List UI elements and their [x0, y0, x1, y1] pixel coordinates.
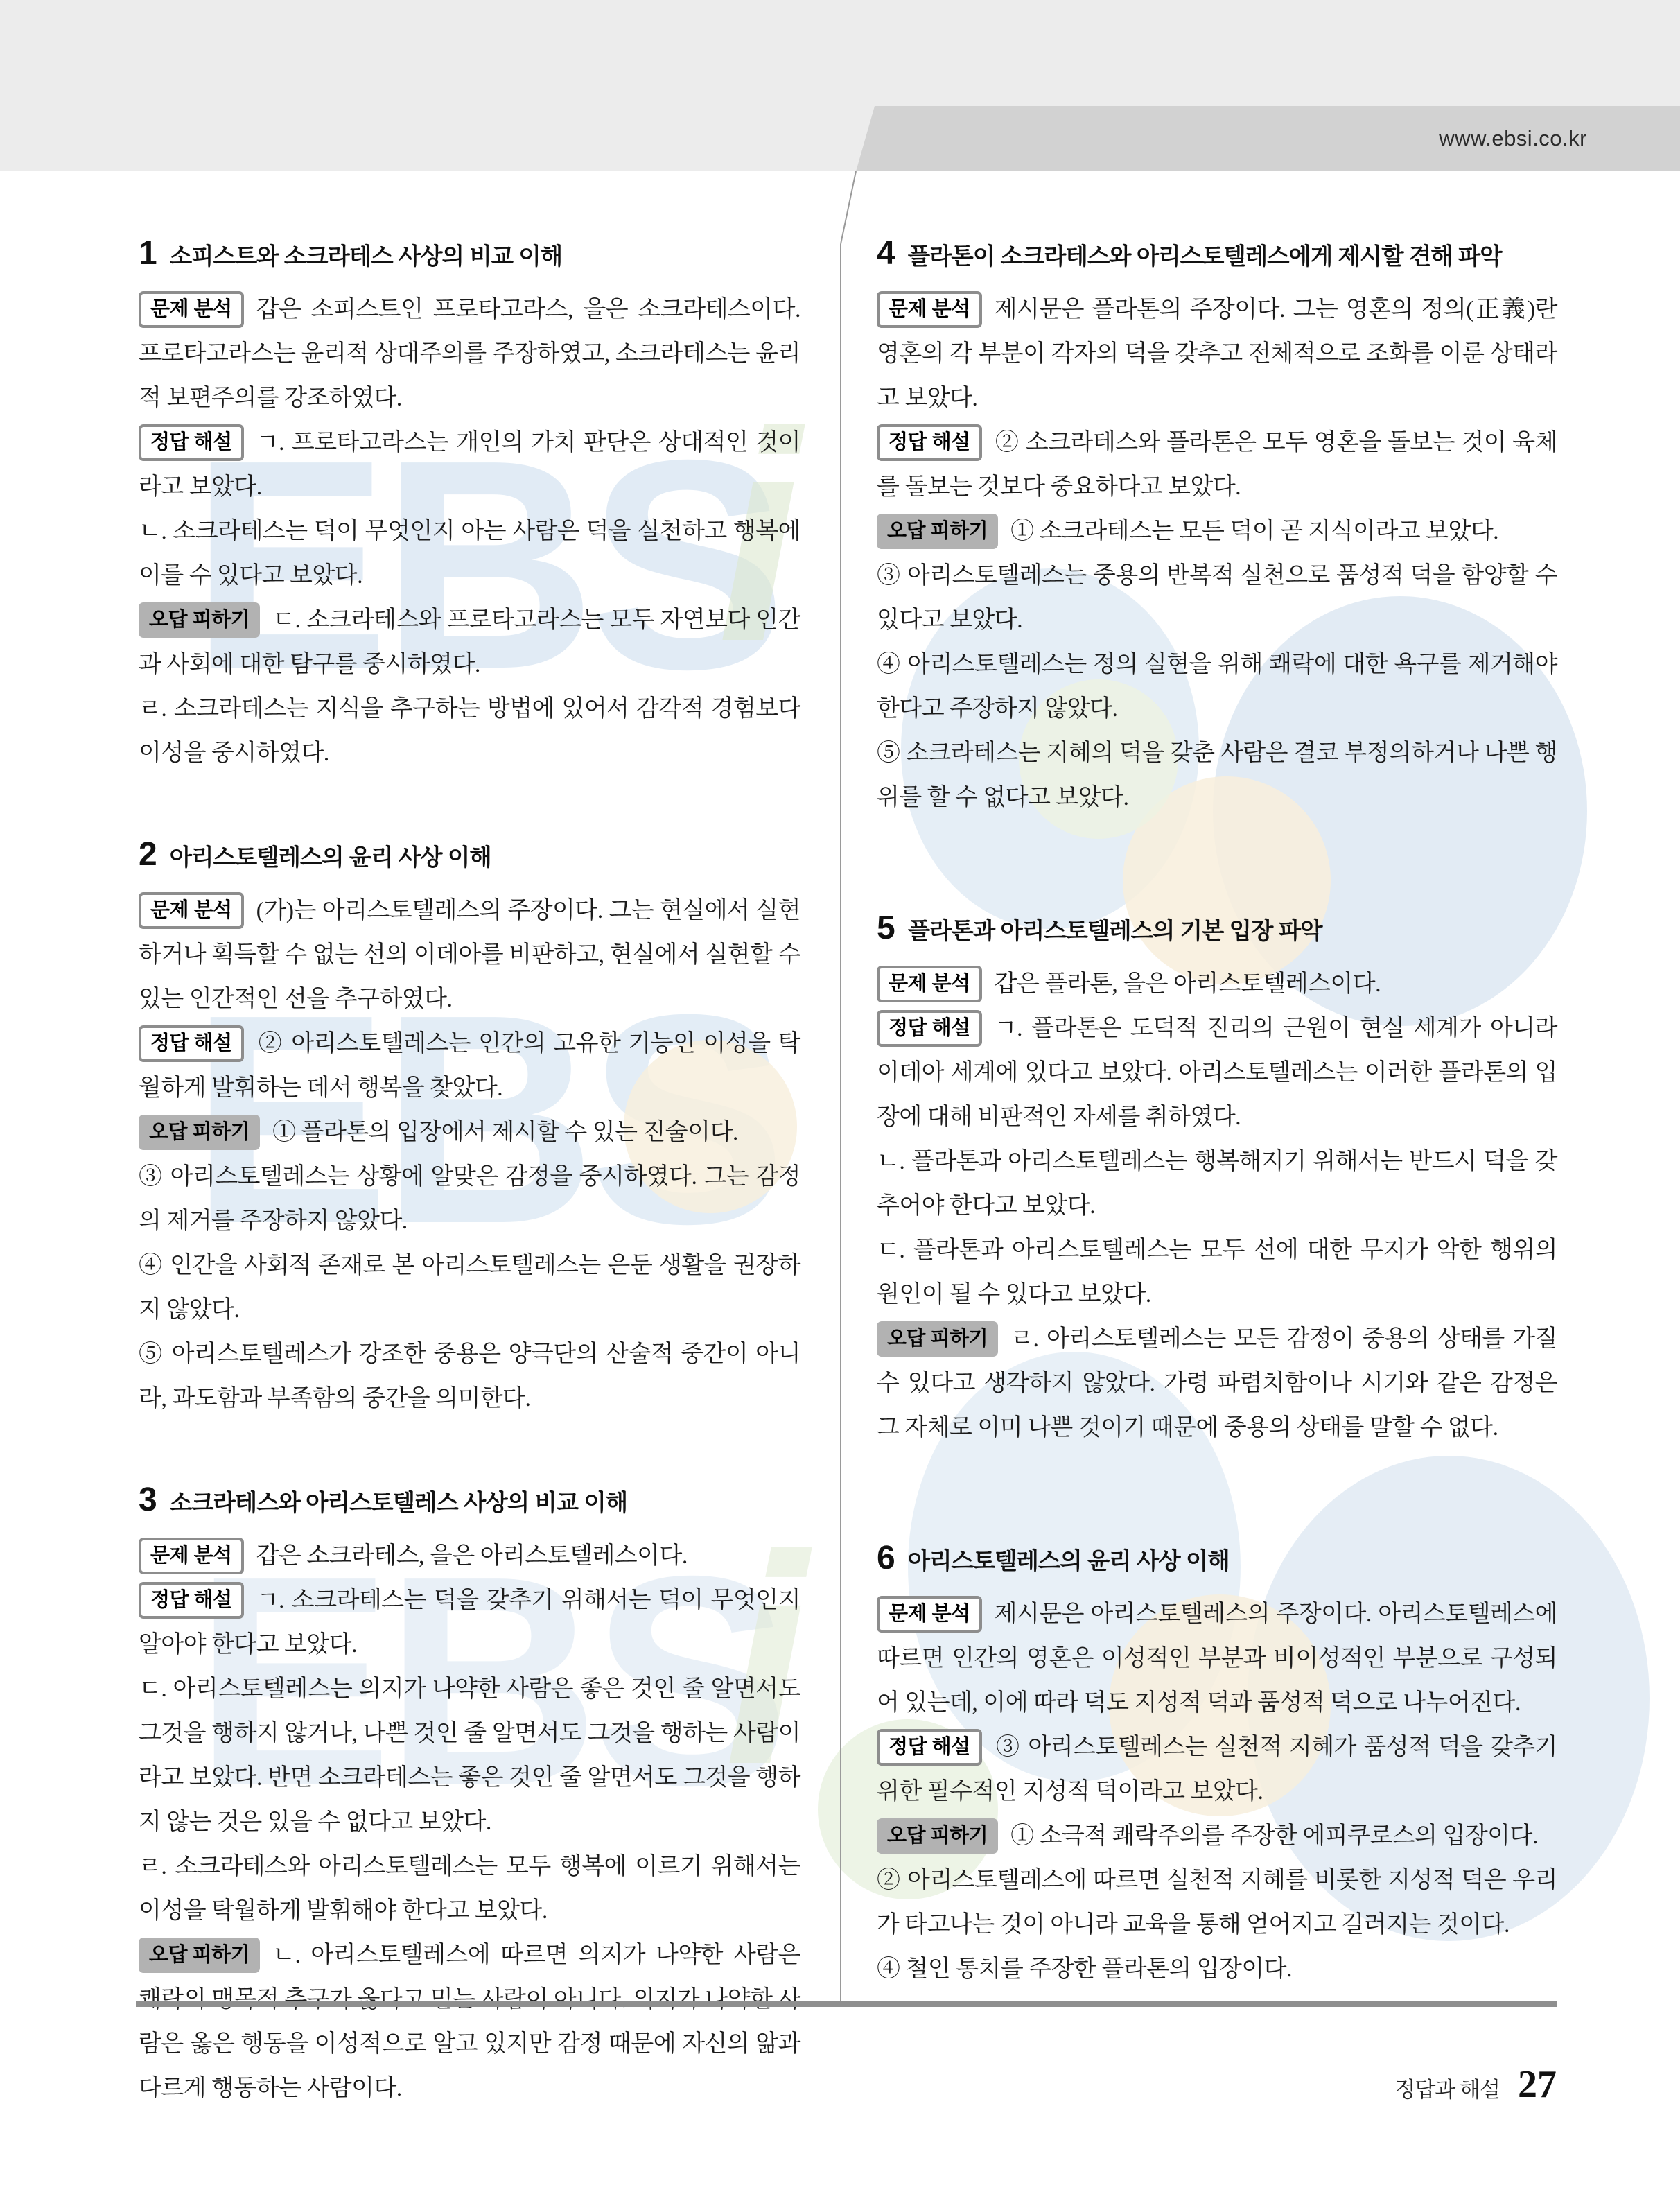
section-number: 2	[139, 835, 157, 873]
section-title: 5플라톤과 아리스토텔레스의 기본 입장 파악	[877, 909, 1557, 947]
explanation-paragraph: 오답 피하기① 소극적 쾌락주의를 주장한 에피쿠로스의 입장이다.	[877, 1814, 1557, 1859]
explanation-text: ③ 아리스토텔레스는 상황에 알맞은 감정을 중시하였다. 그는 감정의 제거를…	[139, 1164, 800, 1234]
explanation-paragraph: 문제 분석갑은 소피스트인 프로타고라스, 을은 소크라테스이다. 프로타고라스…	[139, 288, 800, 421]
wrong-answer-label: 오답 피하기	[877, 1321, 998, 1357]
problem-analysis-label: 문제 분석	[877, 1596, 982, 1633]
explanation-paragraph: ⑤ 아리스토텔레스가 강조한 중용은 양극단의 산술적 중간이 아니라, 과도함…	[139, 1332, 800, 1421]
explanation-paragraph: ㄹ. 소크라테스는 지식을 추구하는 방법에 있어서 감각적 경험보다 이성을 …	[139, 687, 800, 776]
answer-section-4: 4플라톤이 소크라테스와 아리스토텔레스에게 제시할 견해 파악문제 분석제시문…	[877, 234, 1557, 820]
explanation-text: 갑은 소크라테스, 을은 아리스토텔레스이다.	[256, 1543, 688, 1569]
footer-rule	[136, 2001, 1557, 2007]
section-heading-text: 소크라테스와 아리스토텔레스 사상의 비교 이해	[170, 1484, 627, 1517]
explanation-paragraph: ④ 철인 통치를 주장한 플라톤의 입장이다.	[877, 1947, 1557, 1992]
explanation-paragraph: ③ 아리스토텔레스는 중용의 반복적 실천으로 품성적 덕을 함양할 수 있다고…	[877, 554, 1557, 643]
answer-explanation-label: 정답 해설	[877, 424, 982, 461]
explanation-paragraph: 오답 피하기① 플라톤의 입장에서 제시할 수 있는 진술이다.	[139, 1111, 800, 1155]
answer-explanation-page: { "header": { "url": "www.ebsi.co.kr" },…	[0, 0, 1680, 2192]
problem-analysis-label: 문제 분석	[139, 291, 244, 328]
explanation-paragraph: 정답 해설② 소크라테스와 플라톤은 모두 영혼을 돌보는 것이 육체를 돌보는…	[877, 421, 1557, 510]
explanation-paragraph: ㄷ. 아리스토텔레스는 의지가 나약한 사람은 좋은 것인 줄 알면서도 그것을…	[139, 1667, 800, 1845]
section-heading-text: 플라톤과 아리스토텔레스의 기본 입장 파악	[908, 912, 1322, 946]
explanation-text: ④ 인간을 사회적 존재로 본 아리스토텔레스는 은둔 생활을 권장하지 않았다…	[139, 1253, 800, 1323]
explanation-paragraph: 오답 피하기ㄷ. 소크라테스와 프로타고라스는 모두 자연보다 인간과 사회에 …	[139, 598, 800, 687]
wrong-answer-label: 오답 피하기	[139, 602, 260, 638]
explanation-paragraph: ㄴ. 소크라테스는 덕이 무엇인지 아는 사람은 덕을 실천하고 행복에 이를 …	[139, 510, 800, 598]
explanation-text: ④ 아리스토텔레스는 정의 실현을 위해 쾌락에 대한 욕구를 제거해야 한다고…	[877, 652, 1557, 722]
problem-analysis-label: 문제 분석	[139, 1538, 244, 1574]
section-number: 5	[877, 909, 895, 947]
answer-explanation-label: 정답 해설	[877, 1729, 982, 1766]
explanation-paragraph: ④ 아리스토텔레스는 정의 실현을 위해 쾌락에 대한 욕구를 제거해야 한다고…	[877, 643, 1557, 731]
explanation-paragraph: 정답 해설ㄱ. 프로타고라스는 개인의 가치 판단은 상대적인 것이라고 보았다…	[139, 421, 800, 510]
explanation-text: ㄹ. 소크라테스는 지식을 추구하는 방법에 있어서 감각적 경험보다 이성을 …	[139, 696, 800, 766]
explanation-paragraph: 문제 분석갑은 플라톤, 을은 아리스토텔레스이다.	[877, 962, 1557, 1007]
left-column: 1소피스트와 소크라테스 사상의 비교 이해문제 분석갑은 소피스트인 프로타고…	[139, 234, 800, 2111]
section-heading-text: 아리스토텔레스의 윤리 사상 이해	[908, 1542, 1230, 1576]
ebsi-url: www.ebsi.co.kr	[1439, 126, 1587, 151]
explanation-paragraph: ② 아리스토텔레스에 따르면 실천적 지혜를 비롯한 지성적 덕은 우리가 타고…	[877, 1859, 1557, 1947]
explanation-text: ④ 철인 통치를 주장한 플라톤의 입장이다.	[877, 1956, 1292, 1982]
footer-label: 정답과 해설	[1395, 2072, 1500, 2103]
explanation-paragraph: 문제 분석제시문은 플라톤의 주장이다. 그는 영혼의 정의(正義)란 영혼의 …	[877, 288, 1557, 421]
explanation-text: ⑤ 아리스토텔레스가 강조한 중용은 양극단의 산술적 중간이 아니라, 과도함…	[139, 1341, 800, 1411]
explanation-paragraph: ③ 아리스토텔레스는 상황에 알맞은 감정을 중시하였다. 그는 감정의 제거를…	[139, 1155, 800, 1244]
wrong-answer-label: 오답 피하기	[139, 1115, 260, 1150]
explanation-paragraph: 정답 해설ㄱ. 플라톤은 도덕적 진리의 근원이 현실 세계가 아니라 이데아 …	[877, 1007, 1557, 1140]
explanation-text: ㄴ. 플라톤과 아리스토텔레스는 행복해지기 위해서는 반드시 덕을 갖추어야 …	[877, 1149, 1557, 1219]
explanation-paragraph: 문제 분석제시문은 아리스토텔레스의 주장이다. 아리스토텔레스에 따르면 인간…	[877, 1592, 1557, 1725]
section-heading-text: 소피스트와 소크라테스 사상의 비교 이해	[170, 237, 562, 271]
answer-explanation-label: 정답 해설	[877, 1010, 982, 1047]
answer-section-1: 1소피스트와 소크라테스 사상의 비교 이해문제 분석갑은 소피스트인 프로타고…	[139, 234, 800, 776]
explanation-text: ㄷ. 아리스토텔레스는 의지가 나약한 사람은 좋은 것인 줄 알면서도 그것을…	[139, 1676, 800, 1835]
explanation-paragraph: ⑤ 소크라테스는 지혜의 덕을 갖춘 사람은 결코 부정의하거나 나쁜 행위를 …	[877, 731, 1557, 820]
section-title: 3소크라테스와 아리스토텔레스 사상의 비교 이해	[139, 1481, 800, 1519]
section-number: 3	[139, 1481, 157, 1519]
answer-section-3: 3소크라테스와 아리스토텔레스 사상의 비교 이해문제 분석갑은 소크라테스, …	[139, 1481, 800, 2111]
explanation-text: ① 플라톤의 입장에서 제시할 수 있는 진술이다.	[272, 1120, 738, 1145]
section-title: 1소피스트와 소크라테스 사상의 비교 이해	[139, 234, 800, 272]
answer-section-5: 5플라톤과 아리스토텔레스의 기본 입장 파악문제 분석갑은 플라톤, 을은 아…	[877, 909, 1557, 1450]
wrong-answer-label: 오답 피하기	[877, 1818, 998, 1854]
answer-explanation-label: 정답 해설	[139, 424, 244, 461]
explanation-paragraph: 오답 피하기① 소크라테스는 모든 덕이 곧 지식이라고 보았다.	[877, 510, 1557, 554]
explanation-paragraph: 정답 해설③ 아리스토텔레스는 실천적 지혜가 품성적 덕을 갖추기 위한 필수…	[877, 1725, 1557, 1814]
answer-section-2: 2아리스토텔레스의 윤리 사상 이해문제 분석(가)는 아리스토텔레스의 주장이…	[139, 835, 800, 1421]
explanation-text: ③ 아리스토텔레스는 중용의 반복적 실천으로 품성적 덕을 함양할 수 있다고…	[877, 563, 1557, 633]
explanation-text: ① 소크라테스는 모든 덕이 곧 지식이라고 보았다.	[1010, 519, 1498, 544]
answer-explanation-label: 정답 해설	[139, 1582, 244, 1619]
explanation-paragraph: 정답 해설ㄱ. 소크라테스는 덕을 갖추기 위해서는 덕이 무엇인지 알아야 한…	[139, 1578, 800, 1667]
section-title: 2아리스토텔레스의 윤리 사상 이해	[139, 835, 800, 873]
explanation-paragraph: 문제 분석갑은 소크라테스, 을은 아리스토텔레스이다.	[139, 1534, 800, 1578]
wrong-answer-label: 오답 피하기	[139, 1938, 260, 1973]
answer-section-6: 6아리스토텔레스의 윤리 사상 이해문제 분석제시문은 아리스토텔레스의 주장이…	[877, 1539, 1557, 1992]
explanation-text: ⑤ 소크라테스는 지혜의 덕을 갖춘 사람은 결코 부정의하거나 나쁜 행위를 …	[877, 740, 1557, 810]
explanation-paragraph: 정답 해설② 아리스토텔레스는 인간의 고유한 기능인 이성을 탁월하게 발휘하…	[139, 1022, 800, 1111]
explanation-paragraph: ㄷ. 플라톤과 아리스토텔레스는 모두 선에 대한 무지가 악한 행위의 원인이…	[877, 1228, 1557, 1317]
explanation-text: ㄹ. 소크라테스와 아리스토텔레스는 모두 행복에 이르기 위해서는 이성을 탁…	[139, 1854, 800, 1924]
wrong-answer-label: 오답 피하기	[877, 514, 998, 549]
right-column: 4플라톤이 소크라테스와 아리스토텔레스에게 제시할 견해 파악문제 분석제시문…	[877, 234, 1557, 1992]
explanation-paragraph: 오답 피하기ㄹ. 아리스토텔레스는 모든 감정이 중용의 상태를 가질 수 있다…	[877, 1317, 1557, 1450]
section-title: 6아리스토텔레스의 윤리 사상 이해	[877, 1539, 1557, 1577]
section-number: 4	[877, 234, 895, 272]
section-heading-text: 플라톤이 소크라테스와 아리스토텔레스에게 제시할 견해 파악	[908, 237, 1502, 271]
explanation-paragraph: 문제 분석(가)는 아리스토텔레스의 주장이다. 그는 현실에서 실현하거나 획…	[139, 889, 800, 1022]
explanation-text: ㄴ. 소크라테스는 덕이 무엇인지 아는 사람은 덕을 실천하고 행복에 이를 …	[139, 519, 800, 589]
footer: 정답과 해설 27	[1395, 2062, 1557, 2107]
explanation-paragraph: ④ 인간을 사회적 존재로 본 아리스토텔레스는 은둔 생활을 권장하지 않았다…	[139, 1244, 800, 1332]
section-title: 4플라톤이 소크라테스와 아리스토텔레스에게 제시할 견해 파악	[877, 234, 1557, 272]
explanation-paragraph: ㄹ. 소크라테스와 아리스토텔레스는 모두 행복에 이르기 위해서는 이성을 탁…	[139, 1845, 800, 1933]
explanation-text: ㄷ. 플라톤과 아리스토텔레스는 모두 선에 대한 무지가 악한 행위의 원인이…	[877, 1237, 1557, 1307]
page-number: 27	[1518, 2062, 1557, 2107]
explanation-text: 갑은 플라톤, 을은 아리스토텔레스이다.	[995, 971, 1381, 997]
explanation-text: ② 아리스토텔레스에 따르면 실천적 지혜를 비롯한 지성적 덕은 우리가 타고…	[877, 1868, 1557, 1938]
explanation-text: ① 소극적 쾌락주의를 주장한 에피쿠로스의 입장이다.	[1010, 1823, 1538, 1849]
problem-analysis-label: 문제 분석	[139, 892, 244, 929]
section-number: 1	[139, 234, 157, 272]
problem-analysis-label: 문제 분석	[877, 291, 982, 328]
explanation-paragraph: 오답 피하기ㄴ. 아리스토텔레스에 따르면 의지가 나약한 사람은 쾌락의 맹목…	[139, 1933, 800, 2111]
problem-analysis-label: 문제 분석	[877, 966, 982, 1002]
section-heading-text: 아리스토텔레스의 윤리 사상 이해	[170, 838, 491, 872]
explanation-paragraph: ㄴ. 플라톤과 아리스토텔레스는 행복해지기 위해서는 반드시 덕을 갖추어야 …	[877, 1140, 1557, 1228]
answer-explanation-label: 정답 해설	[139, 1025, 244, 1062]
section-number: 6	[877, 1539, 895, 1577]
